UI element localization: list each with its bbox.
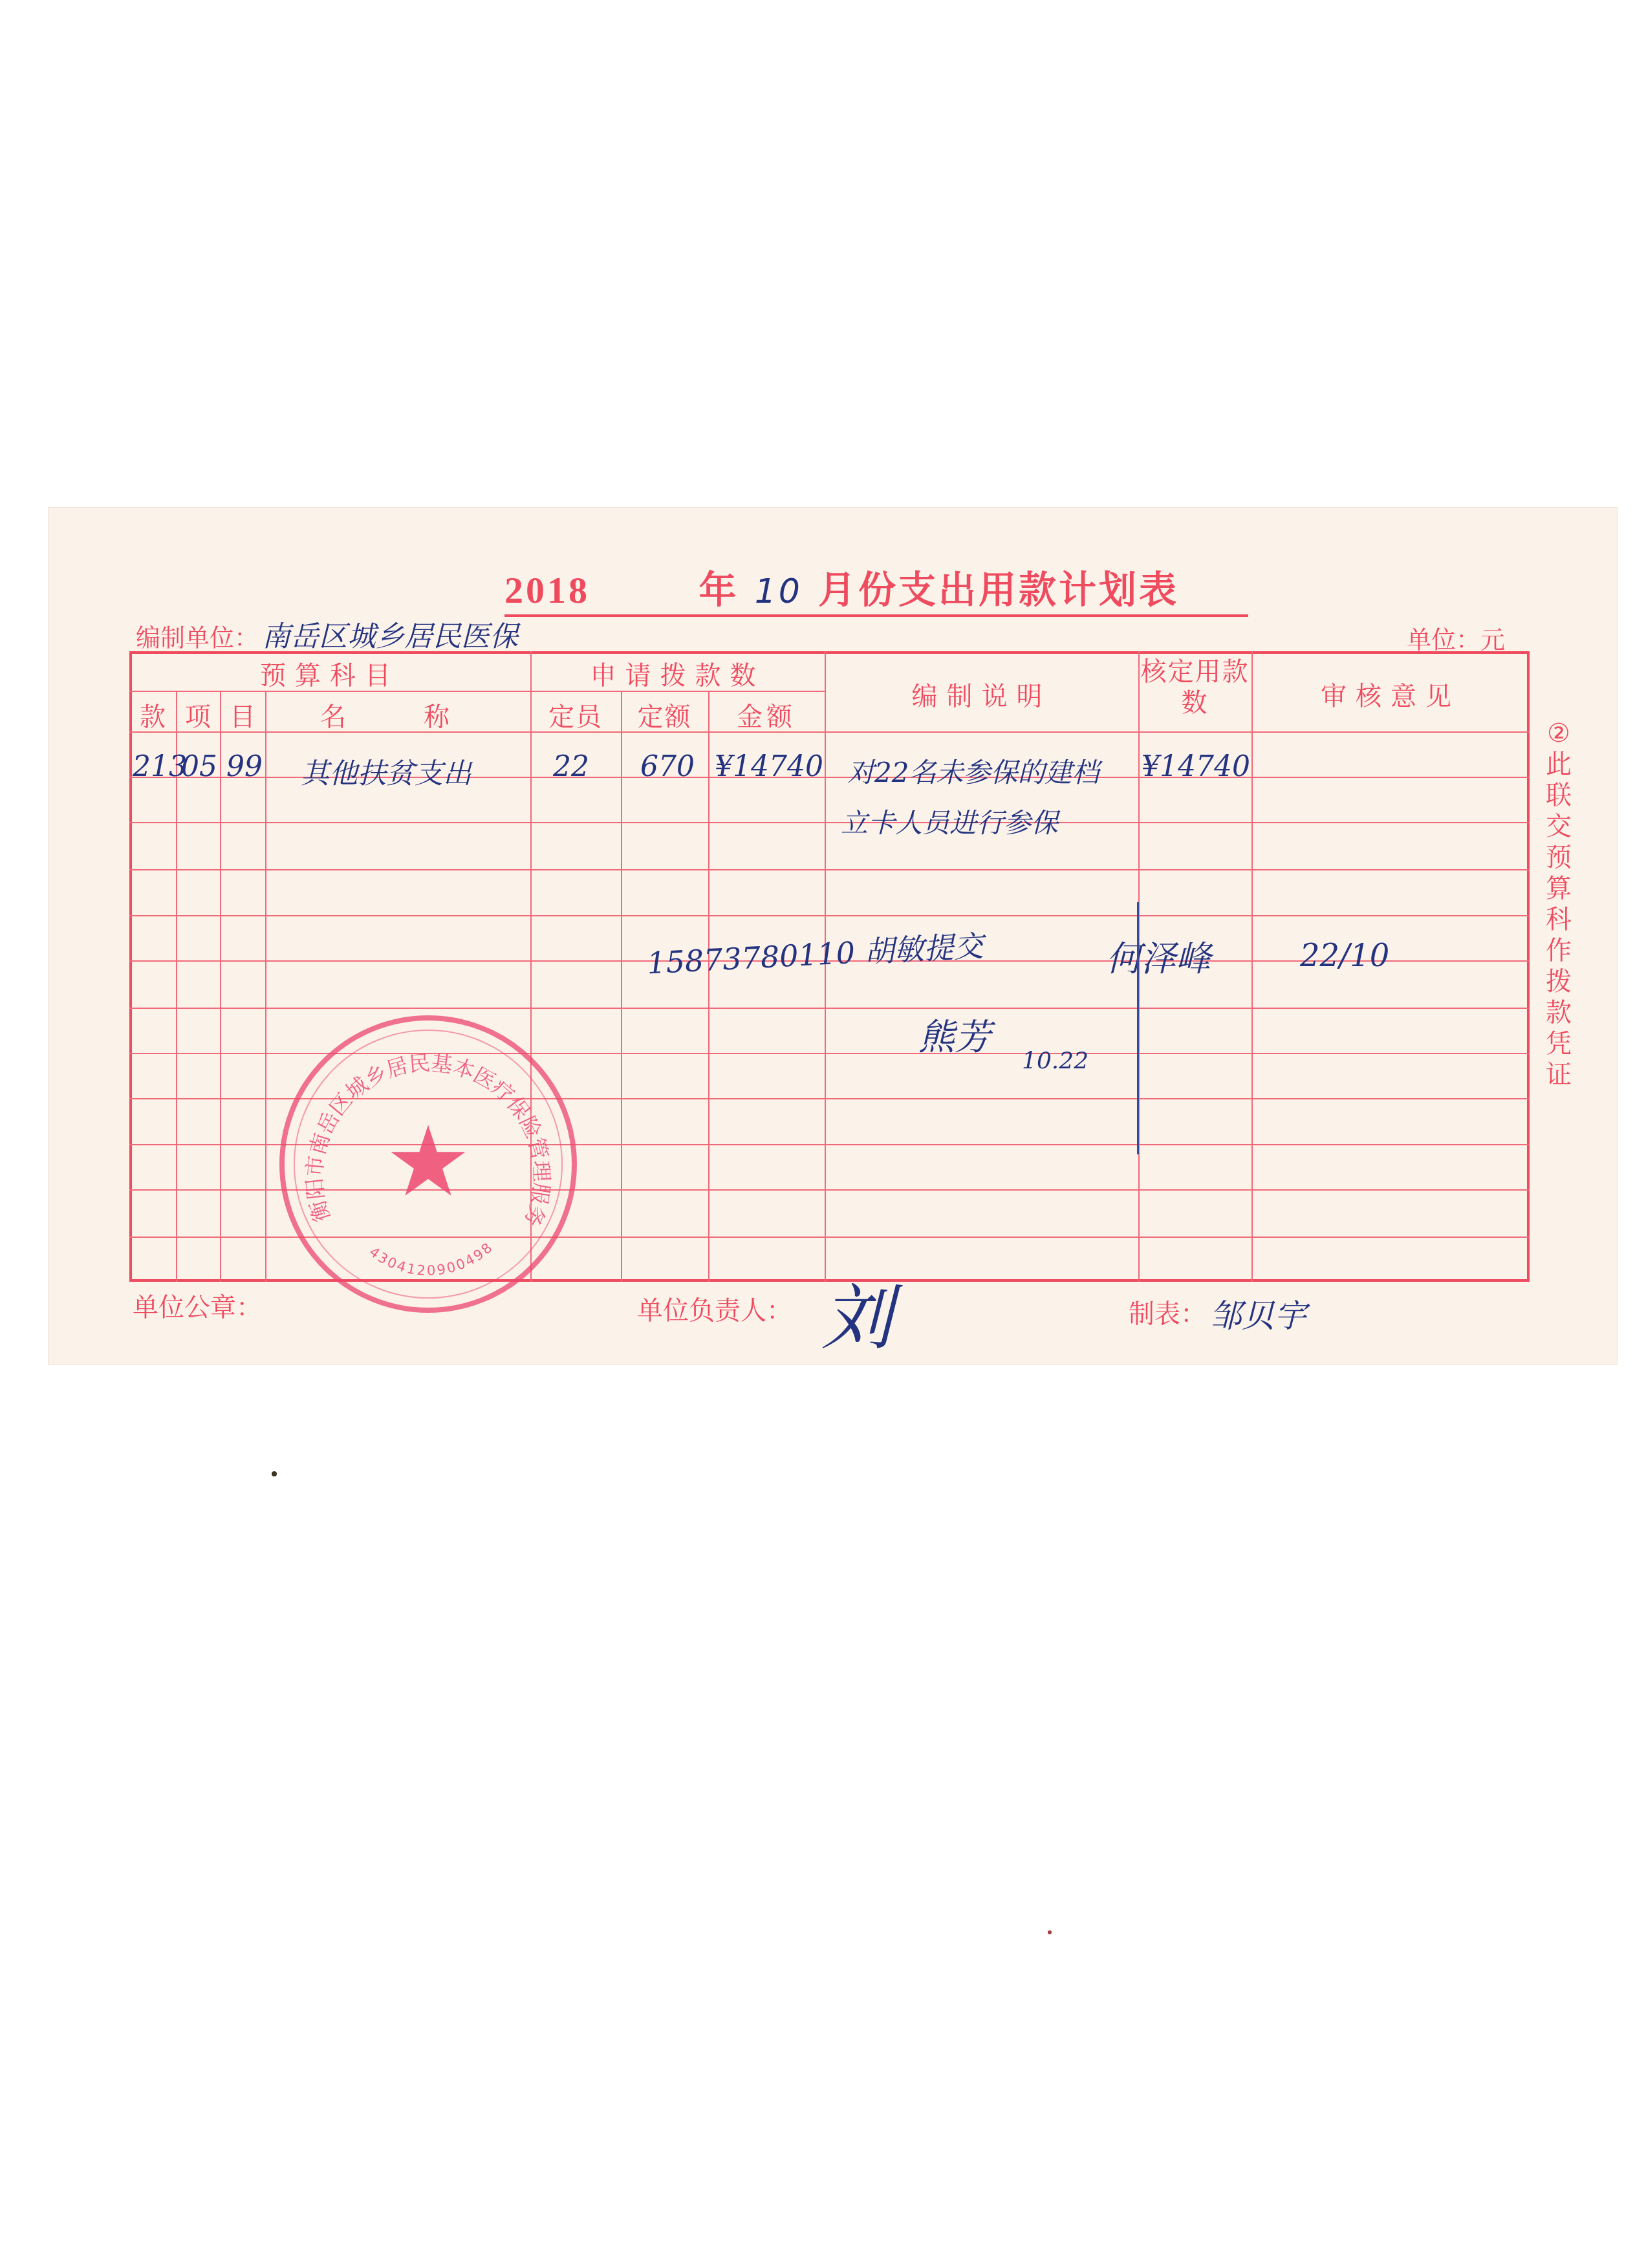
header-budget-subject: 预算科目 xyxy=(129,655,530,692)
row-line xyxy=(129,822,1530,823)
preparer-label: 制表： xyxy=(1129,1293,1206,1330)
seal-label: 单位公章： xyxy=(133,1287,262,1324)
title-rest: 月份支出用款计划表 xyxy=(818,568,1179,612)
svg-text:4304120900498: 4304120900498 xyxy=(366,1239,497,1279)
col-line xyxy=(265,691,266,1282)
header-amount: 金额 xyxy=(708,697,825,733)
row-line xyxy=(129,869,1530,870)
form-title: 2018 年 10 月份支出用款计划表 xyxy=(504,559,1179,614)
col-line xyxy=(1251,651,1253,1282)
header-compile-notes: 编制说明 xyxy=(825,676,1138,713)
col-line xyxy=(220,691,221,1282)
title-year-label: 年 xyxy=(698,568,739,612)
cell-notes-line2[interactable]: 立卡人员进行参保 xyxy=(841,802,1058,841)
header-review-opinion: 审核意见 xyxy=(1251,676,1530,713)
responsible-label: 单位负责人： xyxy=(637,1290,792,1327)
cell-staff-quota[interactable]: 22 xyxy=(553,750,589,783)
official-seal: ★ 衡阳市南岳区城乡居民基本医疗保险管理服务中心 4304120900498 xyxy=(279,1015,577,1313)
compiling-unit-label: 编制单位： xyxy=(136,618,259,653)
title-month: 10 xyxy=(755,572,803,611)
signature-stroke xyxy=(1137,902,1139,1154)
col-line xyxy=(621,691,622,1282)
scan-speck xyxy=(272,1471,277,1476)
cell-mu[interactable]: 99 xyxy=(226,750,263,783)
seal-arc-text: 衡阳市南岳区城乡居民基本医疗保险管理服务中心 xyxy=(285,1021,554,1230)
scan-speck xyxy=(1048,1930,1052,1934)
compiling-unit-field[interactable]: 南岳区城乡居民医保 xyxy=(262,613,518,654)
header-kuan: 款 xyxy=(129,697,176,733)
header-name: 名 称 xyxy=(265,697,530,733)
preparer-signature: 邹贝宇 xyxy=(1209,1290,1306,1337)
cell-quota-amount[interactable]: 670 xyxy=(640,750,695,783)
cell-amount[interactable]: ¥14740 xyxy=(715,750,823,783)
header-requested-amount: 申请拨款数 xyxy=(530,655,825,692)
row-line xyxy=(129,1008,1530,1009)
seal-text: 衡阳市南岳区城乡居民基本医疗保险管理服务中心 4304120900498 xyxy=(285,1021,572,1308)
annotation-reviewer-signature: 何泽峰 xyxy=(1106,931,1211,981)
responsible-signature: 刘 xyxy=(821,1261,893,1363)
header-staff-quota: 定员 xyxy=(530,697,621,733)
header-xiang: 项 xyxy=(176,697,220,733)
header-approved-amount: 核定用款数 xyxy=(1138,656,1251,718)
header-quota-amount: 定额 xyxy=(621,697,708,733)
seal-code: 4304120900498 xyxy=(366,1239,497,1279)
cell-notes-line1[interactable]: 对22名未参保的建档 xyxy=(847,751,1099,790)
cell-approved[interactable]: ¥14740 xyxy=(1142,750,1250,783)
row-line xyxy=(129,915,1530,916)
annotation-signer-date: 10.22 xyxy=(1022,1048,1088,1074)
annotation-signer: 熊芳 xyxy=(918,1009,991,1061)
svg-text:衡阳市南岳区城乡居民基本医疗保险管理服务中心: 衡阳市南岳区城乡居民基本医疗保险管理服务中心 xyxy=(285,1021,554,1230)
header-mu: 目 xyxy=(220,697,265,733)
cell-kuan[interactable]: 213 xyxy=(133,750,187,783)
currency-unit: 单位：元 xyxy=(1407,620,1505,655)
cell-xiang[interactable]: 05 xyxy=(181,750,217,783)
cell-name[interactable]: 其他扶贫支出 xyxy=(301,750,471,792)
title-year: 2018 xyxy=(504,569,590,611)
annotation-review-date: 22/10 xyxy=(1300,938,1389,974)
title-underline xyxy=(504,614,1248,617)
copy-note: ②此联交预算科作拨款凭证 xyxy=(1539,718,1578,1090)
col-line xyxy=(708,691,709,1282)
